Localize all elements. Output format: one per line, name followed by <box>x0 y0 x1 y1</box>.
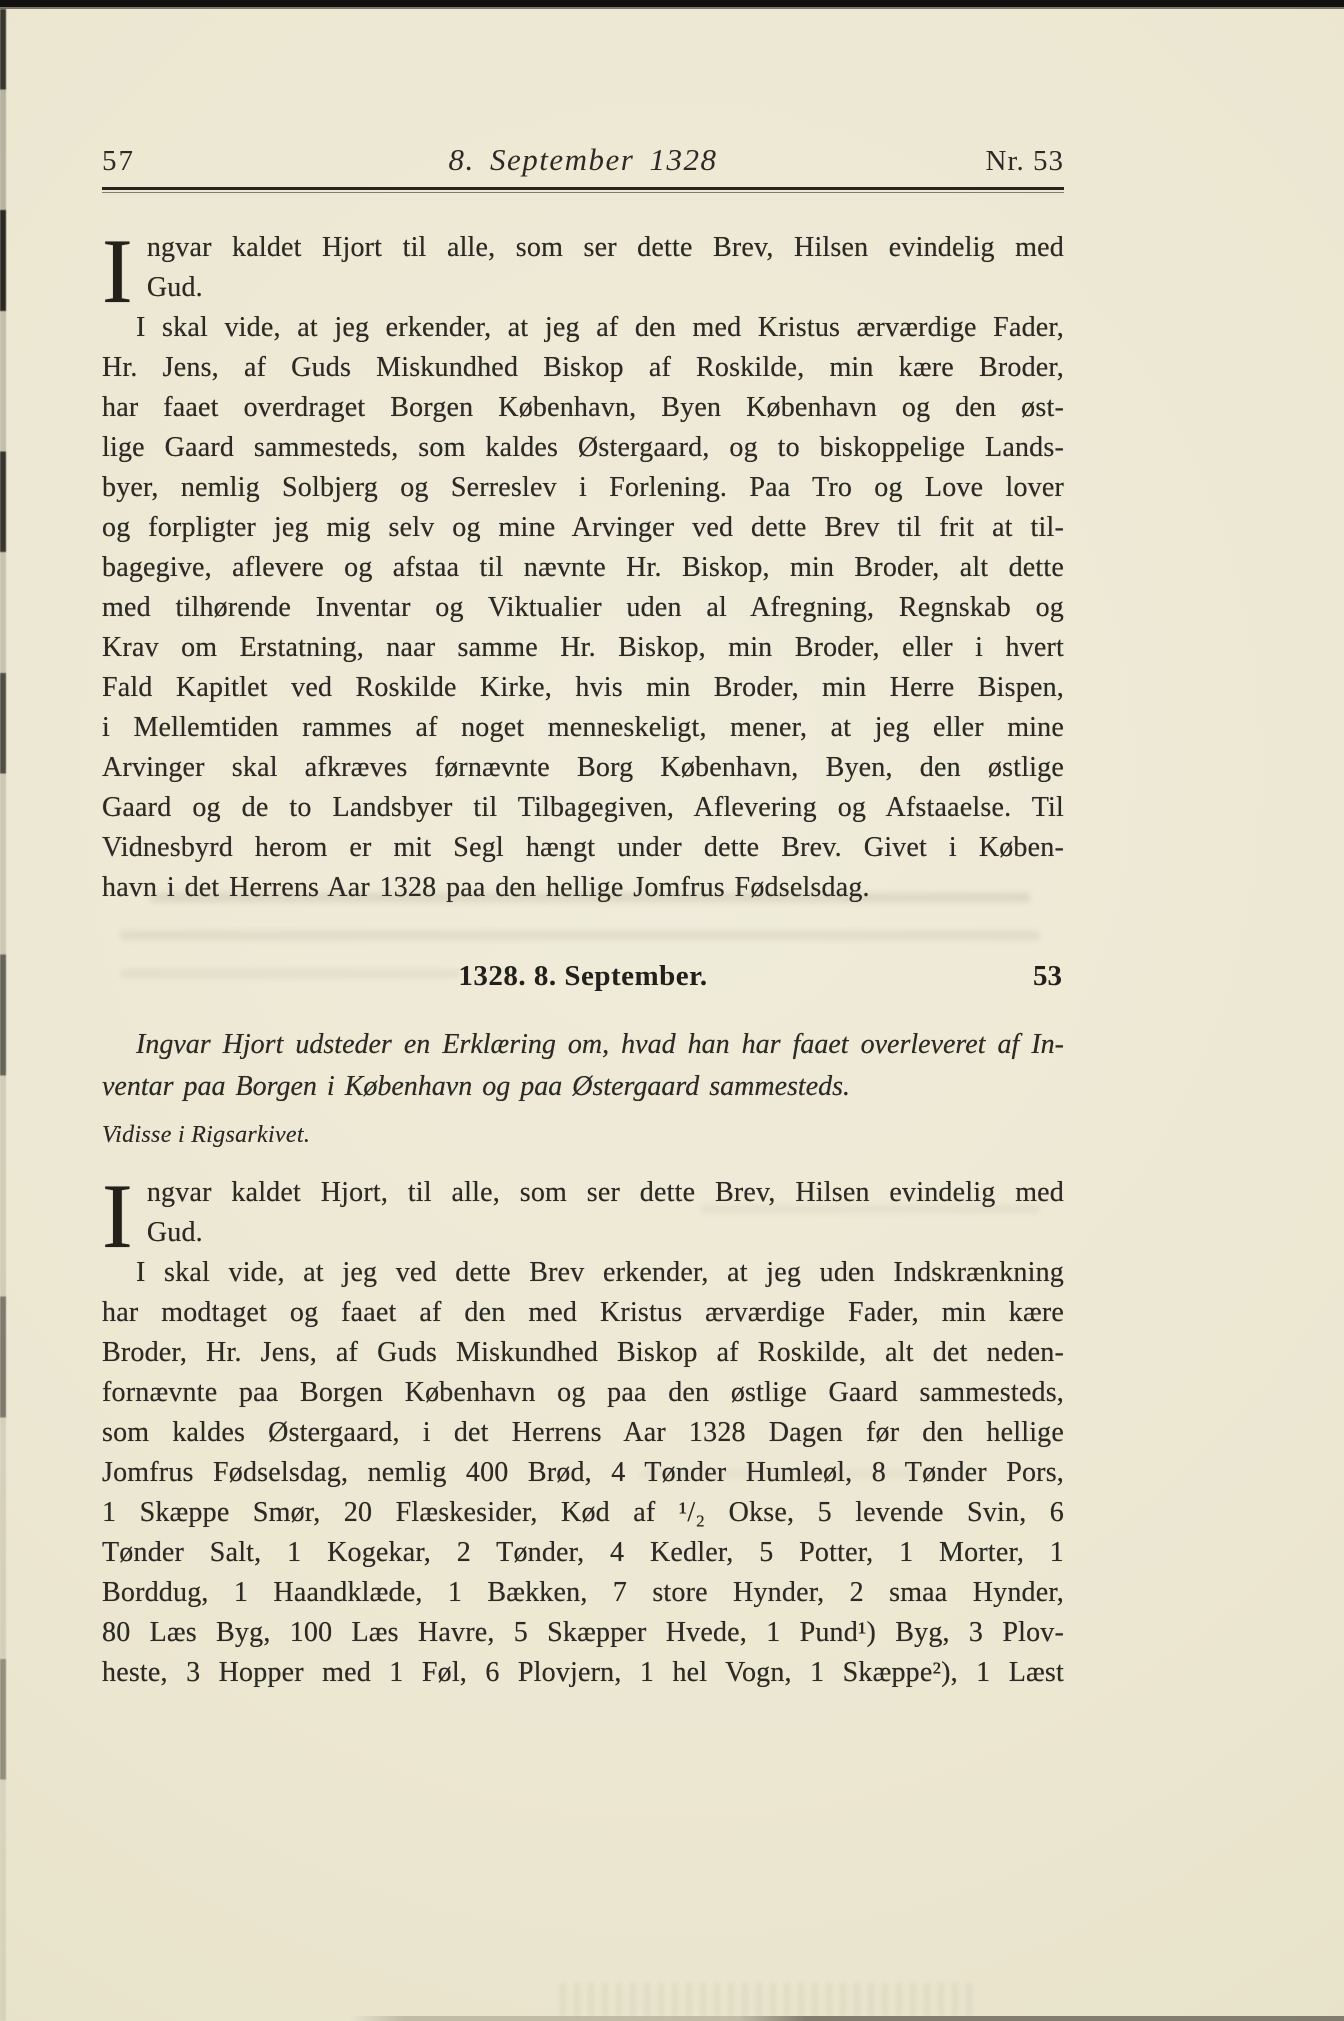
body-paragraph: I skal vide, at jeg ved dette Brev erken… <box>102 1253 1064 1693</box>
text-line: Gud. <box>147 268 1064 308</box>
entry-date-heading: 1328. 8. September. <box>102 960 1064 993</box>
text-line: bagegive, aflevere og afstaa til nævnte … <box>102 548 1064 588</box>
text-line: Gud. <box>147 1213 1064 1253</box>
document-1: I ngvar kaldet Hjort til alle, som ser d… <box>102 228 1064 908</box>
text-line: med tilhørende Inventar og Viktualier ud… <box>102 588 1064 628</box>
entry-header: 1328. 8. September. 53 <box>102 960 1064 1002</box>
text-line: 80 Læs Byg, 100 Læs Havre, 5 Skæpper Hve… <box>102 1613 1064 1653</box>
text-line: 1 Skæppe Smør, 20 Flæskesider, Kød af ¹/… <box>102 1493 1064 1533</box>
document-number: Nr. 53 <box>884 145 1064 178</box>
text-line: Vidnesbyrd herom er mit Segl hængt under… <box>102 828 1064 868</box>
text-line: havn i det Herrens Aar 1328 paa den hell… <box>102 868 1064 908</box>
text-line: I skal vide, at jeg ved dette Brev erken… <box>102 1253 1064 1293</box>
drop-cap: I <box>102 1173 147 1253</box>
page-header: 57 8. September 1328 Nr. 53 <box>102 142 1064 178</box>
text-line: Arvinger skal afkræves førnævnte Borg Kø… <box>102 748 1064 788</box>
text-line: har faaet overdraget Borgen København, B… <box>102 388 1064 428</box>
document-2: I ngvar kaldet Hjort, til alle, som ser … <box>102 1173 1064 1693</box>
running-title: 8. September 1328 <box>282 142 884 178</box>
entry-number: 53 <box>1033 960 1062 993</box>
text-line: som kaldes Østergaard, i det Herrens Aar… <box>102 1413 1064 1453</box>
salutation-paragraph: I ngvar kaldet Hjort til alle, som ser d… <box>102 228 1064 308</box>
drop-cap: I <box>102 228 147 308</box>
text-line: Tønder Salt, 1 Kogekar, 2 Tønder, 4 Kedl… <box>102 1533 1064 1573</box>
text-line: Jomfrus Fødselsdag, nemlig 400 Brød, 4 T… <box>102 1453 1064 1493</box>
text-line: og forpligter jeg mig selv og mine Arvin… <box>102 508 1064 548</box>
paragraph-lines: ngvar kaldet Hjort til alle, som ser det… <box>102 228 1064 308</box>
text-line: ngvar kaldet Hjort, til alle, som ser de… <box>147 1173 1064 1213</box>
text-line: Broder, Hr. Jens, af Guds Miskundhed Bis… <box>102 1333 1064 1373</box>
paragraph-lines: ngvar kaldet Hjort, til alle, som ser de… <box>102 1173 1064 1253</box>
text-line: Hr. Jens, af Guds Miskundhed Biskop af R… <box>102 348 1064 388</box>
text-line: har modtaget og faaet af den med Kristus… <box>102 1293 1064 1333</box>
scan-edge-left <box>0 9 6 2021</box>
folio-number: 57 <box>102 145 282 178</box>
text-line: Ingvar Hjort udsteder en Erklæring om, h… <box>102 1024 1064 1066</box>
paper-mottling <box>560 1983 980 2017</box>
text-line: Borddug, 1 Haandklæde, 1 Bækken, 7 store… <box>102 1573 1064 1613</box>
text-line: Fald Kapitlet ved Roskilde Kirke, hvis m… <box>102 668 1064 708</box>
scan-edge-top <box>0 0 1344 9</box>
body-paragraph: I skal vide, at jeg erkender, at jeg af … <box>102 308 1064 908</box>
text-line: ngvar kaldet Hjort til alle, som ser det… <box>147 228 1064 268</box>
page-content: 57 8. September 1328 Nr. 53 I ngvar kald… <box>102 142 1064 1693</box>
entry-summary: Ingvar Hjort udsteder en Erklæring om, h… <box>102 1024 1064 1108</box>
text-line: heste, 3 Hopper med 1 Føl, 6 Plovjern, 1… <box>102 1653 1064 1693</box>
text-line: Krav om Erstatning, naar samme Hr. Bisko… <box>102 628 1064 668</box>
text-line: i Mellemtiden rammes af noget menneskeli… <box>102 708 1064 748</box>
header-rule <box>102 187 1064 194</box>
source-note: Vidisse i Rigsarkivet. <box>102 1122 1064 1149</box>
text-line: fornævnte paa Borgen København og paa de… <box>102 1373 1064 1413</box>
text-line: ventar paa Borgen i København og paa Øst… <box>102 1066 1064 1108</box>
text-line: I skal vide, at jeg erkender, at jeg af … <box>102 308 1064 348</box>
salutation-paragraph: I ngvar kaldet Hjort, til alle, som ser … <box>102 1173 1064 1253</box>
text-line: Gaard og de to Landsbyer til Tilbagegive… <box>102 788 1064 828</box>
text-line: lige Gaard sammesteds, som kaldes Østerg… <box>102 428 1064 468</box>
book-page-scan: 57 8. September 1328 Nr. 53 I ngvar kald… <box>0 0 1344 2021</box>
text-line: byer, nemlig Solbjerg og Serreslev i For… <box>102 468 1064 508</box>
